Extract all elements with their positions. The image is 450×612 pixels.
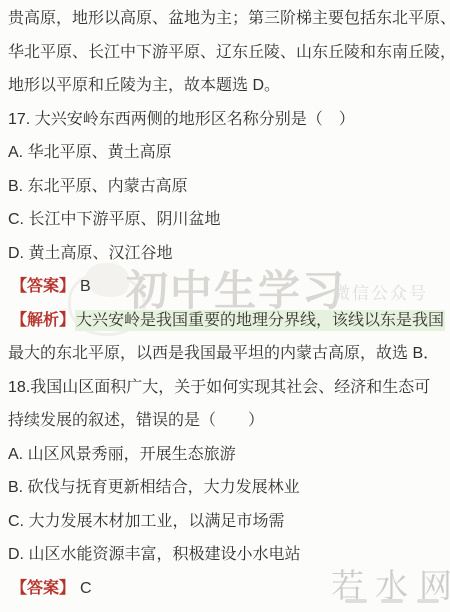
question17-option-b: B. 东北平原、内蒙古高原 [8,170,448,204]
prev-explanation-line: 地形以平原和丘陵为主，故本题选 D。 [8,69,448,103]
question18-option-b: B. 砍伐与抚育更新相结合，大力发展林业 [8,471,448,505]
question17-stem: 17. 大兴安岭东西两侧的地形区名称分别是（ ） [8,103,448,137]
question17-option-d: D. 黄土高原、汉江谷地 [8,237,448,271]
answer-label: 【答案】 [11,278,75,295]
question17-answer-row: 【答案】B [8,270,448,304]
question18-option-c: C. 大力发展木材加工业，以满足市场需 [8,505,448,539]
prev-explanation-line: 华北平原、长江中下游平原、辽东丘陵、山东丘陵和东南丘陵， [8,36,448,70]
document-text: 贵高原，地形以高原、盆地为主；第三阶梯主要包括东北平原、 华北平原、长江中下游平… [8,2,448,605]
analysis-highlighted-text: 大兴安岭是我国重要的地理分界线，该线以东是我国 [75,310,445,331]
question17-option-a: A. 华北平原、黄土高原 [8,136,448,170]
question17-analysis-row: 【解析】大兴安岭是我国重要的地理分界线，该线以东是我国 [8,304,448,338]
answer-value: B [75,278,91,295]
question18-answer-row: 【答案】C [8,572,448,606]
prev-explanation-line: 贵高原，地形以高原、盆地为主；第三阶梯主要包括东北平原、 [8,2,448,36]
question17-option-c: C. 长江中下游平原、阴川盆地 [8,203,448,237]
question18-option-d: D. 山区水能资源丰富，积极建设小水电站 [8,538,448,572]
exam-answer-page: 初中生学习 微信公众号 若水网 贵高原，地形以高原、盆地为主；第三阶梯主要包括东… [0,0,450,612]
question18-option-a: A. 山区风景秀丽，开展生态旅游 [8,438,448,472]
question18-stem-line2: 持续发展的叙述，错误的是（ ） [8,404,448,438]
question17-analysis-line2: 最大的东北平原，以西是我国最平坦的内蒙古高原，故选 B． [8,337,448,371]
question18-stem-line1: 18.我国山区面积广大，关于如何实现其社会、经济和生态可 [8,371,448,405]
answer-label: 【答案】 [11,580,75,597]
answer-value: C [75,580,92,597]
analysis-label: 【解析】 [11,312,75,329]
